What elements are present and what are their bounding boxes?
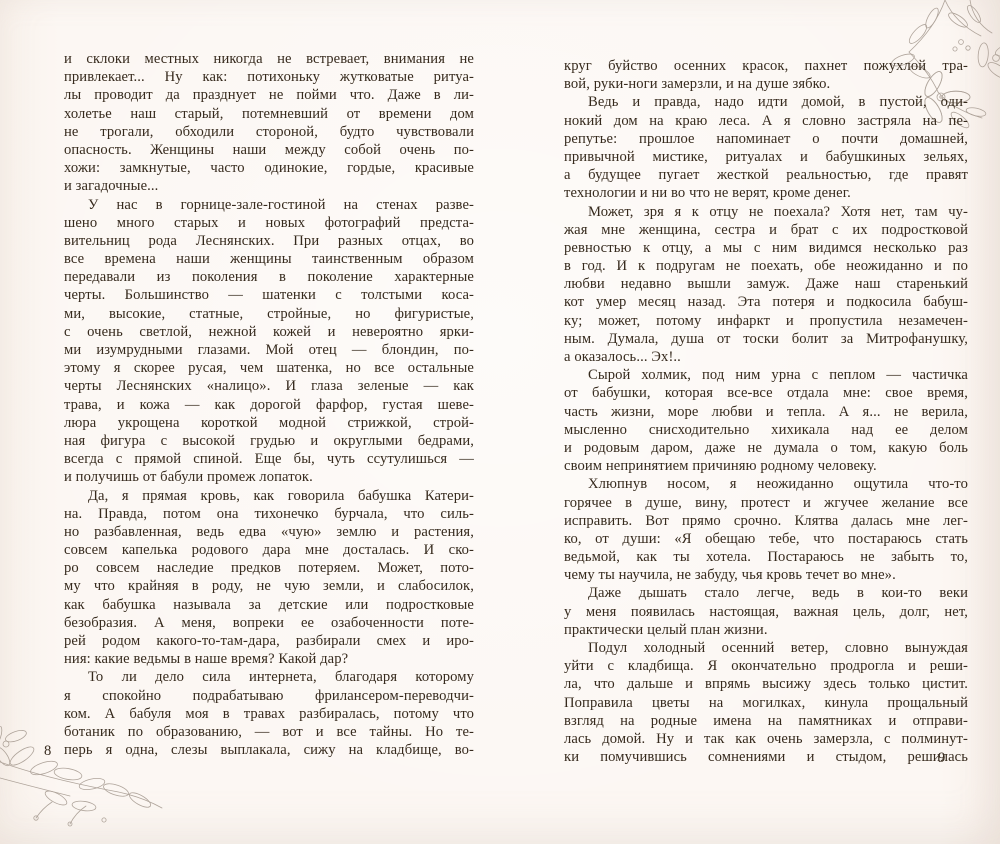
text-line: этому я скорее русая, чем шатенка, но вс… bbox=[64, 359, 474, 377]
text-line: ла, что дальше и впрямь высижу здесь тол… bbox=[564, 675, 968, 693]
text-line: а оказалось... Эх!.. bbox=[564, 348, 968, 366]
text-line: исправить. Вот прямо срочно. Клятва дала… bbox=[564, 512, 968, 530]
text-line: Даже дышать стало легче, ведь в кои-то в… bbox=[564, 584, 968, 602]
text-line: вой, руки-ноги замерзли, и на душе зябко… bbox=[564, 75, 968, 93]
left-page-text: и склоки местных никогда не встревает, в… bbox=[64, 50, 474, 759]
text-line: рей родом какого-то-там-дара, разбирали … bbox=[64, 632, 474, 650]
text-line: любви недавно вышли замуж. Даже наш стар… bbox=[564, 275, 968, 293]
text-line: шено много старых и новых фотографий пре… bbox=[64, 214, 474, 232]
text-line: ком. А бабуля моя в травах разбиралась, … bbox=[64, 705, 474, 723]
text-line: и склоки местных никогда не встревает, в… bbox=[64, 50, 474, 68]
text-line: ревностью к отцу, а мы с ним видимся нес… bbox=[564, 239, 968, 257]
text-line: черты Леснянских «налицо». И глаза зелен… bbox=[64, 377, 474, 395]
text-line: все времена наши женщины таинственным об… bbox=[64, 250, 474, 268]
text-line: круг буйство осенних красок, пахнет пожу… bbox=[564, 57, 968, 75]
text-line: жая мне женщина, сестра и брат с их подр… bbox=[564, 221, 968, 239]
text-line: Ведь и правда, надо идти домой, в пустой… bbox=[564, 93, 968, 111]
text-line: своим непринятием причиняю родному челов… bbox=[564, 457, 968, 475]
text-line: я спокойно подрабатываю фрилансером-пере… bbox=[64, 687, 474, 705]
text-line: вительниц рода Леснянских. При разных от… bbox=[64, 232, 474, 250]
text-line: перь я одна, слезы выплакала, сижу на кл… bbox=[64, 741, 474, 759]
text-line: часть жизни, море любви и тепла. А я... … bbox=[564, 403, 968, 421]
text-line: ро совсем наследие предков потеряем. Мож… bbox=[64, 559, 474, 577]
text-line: всегда с прямой спиной. Еще бы, чуть ссу… bbox=[64, 450, 474, 468]
text-line: на. Правда, потом она тихонечко бурчала,… bbox=[64, 505, 474, 523]
text-line: Может, зря я к отцу не поехала? Хотя нет… bbox=[564, 203, 968, 221]
text-line: привлекает... Ну как: потихоньку жуткова… bbox=[64, 68, 474, 86]
book-spread: и склоки местных никогда не встревает, в… bbox=[0, 0, 1000, 844]
text-line: как бабушка называла за детские или подр… bbox=[64, 596, 474, 614]
text-line: технологии и ни во что не верят, кроме д… bbox=[564, 184, 968, 202]
text-line: совсем капелька родового дара мне достал… bbox=[64, 541, 474, 559]
text-line: Сырой холмик, под ним урна с пеплом — ча… bbox=[564, 366, 968, 384]
right-page-text: круг буйство осенних красок, пахнет пожу… bbox=[564, 57, 968, 766]
text-line: Да, я прямая кровь, как говорила бабушка… bbox=[64, 487, 474, 505]
text-line: холетье наш старый, потемневший от време… bbox=[64, 105, 474, 123]
text-line: ку; может, потому инфаркт и пропустила н… bbox=[564, 312, 968, 330]
text-line: хожи: замкнутые, часто одинокие, гордые,… bbox=[64, 159, 474, 177]
text-line: от бабушки, которая все-все отдала мне: … bbox=[564, 384, 968, 402]
text-line: и получишь от бабули промеж лопаток. bbox=[64, 468, 474, 486]
page-number-left: 8 bbox=[44, 742, 51, 760]
text-line: ботаник по образованию, — вот и все тайн… bbox=[64, 723, 474, 741]
text-line: у меня появилась настоящая, важная цель,… bbox=[564, 603, 968, 621]
text-line: не трогали, обходили стороной, будто чув… bbox=[64, 123, 474, 141]
text-line: ния: какие ведьмы в наше время? Какой да… bbox=[64, 650, 474, 668]
text-line: безобразия. А меня, вопреки ее озабоченн… bbox=[64, 614, 474, 632]
text-line: в год. И к подругам не поехать, обе неож… bbox=[564, 257, 968, 275]
text-line: ная фигура с высокой грудью и округлыми … bbox=[64, 432, 474, 450]
page-number-right: 9 bbox=[938, 749, 945, 767]
text-line: нокий дом на краю леса. А я словно застр… bbox=[564, 112, 968, 130]
text-line: практически целый план жизни. bbox=[564, 621, 968, 639]
text-line: ми изумрудными глазами. Мой отец — блонд… bbox=[64, 341, 474, 359]
text-line: чему ты научила, не забуду, чья кровь те… bbox=[564, 566, 968, 584]
text-line: ки помучившись сомнениями и стыдом, реши… bbox=[564, 748, 968, 766]
text-line: опасность. Женщины наши между собой очен… bbox=[64, 141, 474, 159]
text-line: Поправила цветы на могилках, кинула прощ… bbox=[564, 694, 968, 712]
text-line: лы проводит да празднует не пойми что. Д… bbox=[64, 86, 474, 104]
text-line: привычной мистике, ритуалах и бабушкиных… bbox=[564, 148, 968, 166]
text-line: ми, высокие, статные, стройные, но фигур… bbox=[64, 305, 474, 323]
text-line: То ли дело сила интернета, благодаря кот… bbox=[64, 668, 474, 686]
text-line: передавали из поколения в поколение хара… bbox=[64, 268, 474, 286]
text-line: черты. Большинство — шатенки с толстыми … bbox=[64, 286, 474, 304]
text-line: люра укрощена короткой модной стрижкой, … bbox=[64, 414, 474, 432]
text-line: ведьмой, как ты хотела. Постараюсь не за… bbox=[564, 548, 968, 566]
text-line: ко, от души: «Я обещаю тебе, что постара… bbox=[564, 530, 968, 548]
text-line: ным. Думала, душа от тоски болит за Митр… bbox=[564, 330, 968, 348]
text-line: У нас в горнице-зале-гостиной на стенах … bbox=[64, 196, 474, 214]
text-line: му что крайняя в роду, не чую земли, и с… bbox=[64, 577, 474, 595]
text-line: с очень светлой, нежной кожей и невероят… bbox=[64, 323, 474, 341]
text-line: взгляд на родные имена на памятниках и о… bbox=[564, 712, 968, 730]
text-line: трава, и кожа — как дорогой фарфор, густ… bbox=[64, 396, 474, 414]
text-line: лась домой. Ну и так как очень замерзла,… bbox=[564, 730, 968, 748]
text-line: горячее в душе, вину, протест и жгучее ж… bbox=[564, 494, 968, 512]
text-line: но разбавленная, ведь едва «чую» землю и… bbox=[64, 523, 474, 541]
text-line: и загадочные... bbox=[64, 177, 474, 195]
text-line: и родовым даром, даже не думала о том, к… bbox=[564, 439, 968, 457]
text-line: мысленно снисходительно хихикала над ее … bbox=[564, 421, 968, 439]
text-line: уйти с кладбища. Я окончательно продрогл… bbox=[564, 657, 968, 675]
text-line: репутье: прошлое напоминает о почти дома… bbox=[564, 130, 968, 148]
text-line: кот умер месяц назад. Эта потеря и подко… bbox=[564, 293, 968, 311]
text-line: а будущее пугает жесткой реальностью, гд… bbox=[564, 166, 968, 184]
text-line: Подул холодный осенний ветер, словно вын… bbox=[564, 639, 968, 657]
text-line: Хлюпнув носом, я неожиданно ощутила что-… bbox=[564, 475, 968, 493]
